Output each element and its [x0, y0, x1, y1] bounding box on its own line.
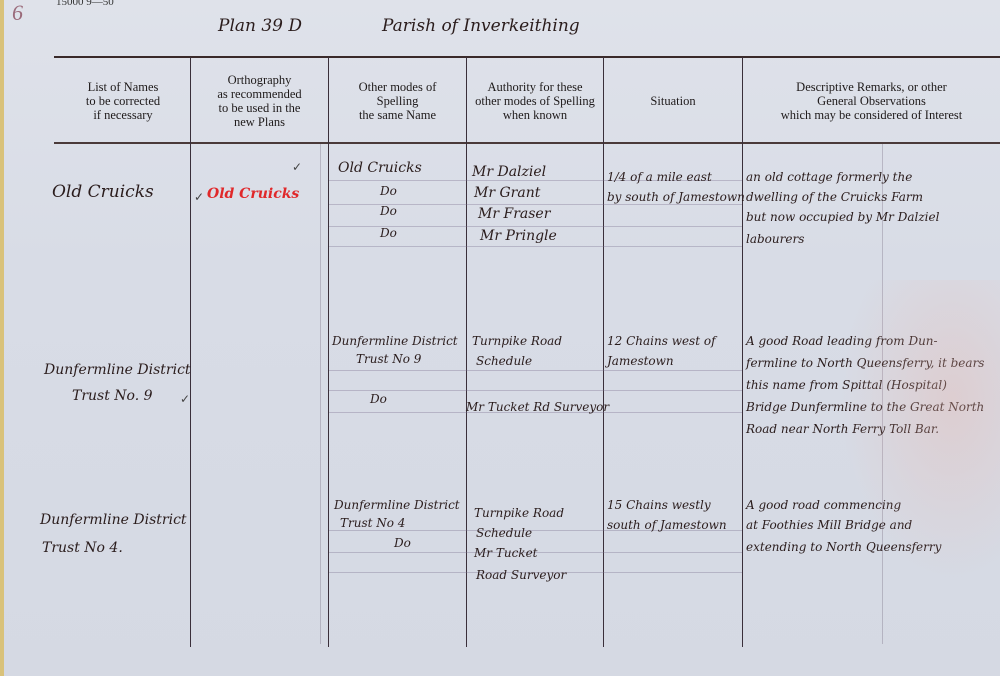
remark-line: labourers	[746, 232, 804, 246]
authority: Mr Fraser	[478, 206, 550, 222]
authority: Mr Pringle	[480, 228, 557, 244]
authority: Mr Tucket	[474, 546, 538, 560]
other-mode: Old Cruicks	[338, 160, 422, 176]
check-mark: ✓	[180, 392, 190, 407]
ruled-line	[329, 390, 742, 391]
check-mark: ✓	[292, 160, 302, 175]
remark-line: A good road commencing	[746, 498, 901, 512]
column-header-authority: Authority for these other modes of Spell…	[467, 62, 603, 140]
entry-name: Trust No 4.	[42, 540, 123, 556]
header-line: to be used in the	[217, 101, 301, 115]
remark-line: Bridge Dunfermline to the Great North	[746, 400, 984, 414]
other-mode: Do	[380, 226, 397, 240]
ruled-line	[329, 246, 742, 247]
column-divider	[328, 57, 329, 647]
remark-line: Road near North Ferry Toll Bar.	[746, 422, 939, 436]
header-line: Authority for these	[475, 80, 595, 94]
authority: Road Surveyor	[476, 568, 566, 582]
header-line: when known	[475, 108, 595, 122]
situation: Jamestown	[607, 354, 674, 368]
other-mode: Do	[380, 204, 397, 218]
check-mark: ✓	[194, 190, 204, 205]
remark-line: at Foothies Mill Bridge and	[746, 518, 912, 532]
parish-label: Parish of Inverkeithing	[382, 16, 580, 36]
column-divider	[742, 57, 743, 647]
header-line: General Observations	[781, 94, 963, 108]
column-header-orthography: Orthography as recommended to be used in…	[191, 62, 328, 140]
header-line: Orthography	[217, 73, 301, 87]
remark-line: A good Road leading from Dun-	[746, 334, 938, 348]
situation: south of Jamestown	[607, 518, 727, 532]
header-line: if necessary	[86, 108, 160, 122]
header-line: other modes of Spelling	[475, 94, 595, 108]
header-line: List of Names	[86, 80, 160, 94]
plan-label: Plan 39 D	[218, 16, 302, 36]
header-line: Situation	[650, 94, 695, 108]
remark-line: dwelling of the Cruicks Farm	[746, 190, 923, 204]
authority: Turnpike Road	[472, 334, 562, 348]
entry-name: Trust No. 9	[72, 388, 153, 404]
authority: Mr Dalziel	[472, 164, 546, 180]
other-mode: Trust No 9	[356, 352, 421, 366]
page-number: 6	[12, 0, 23, 26]
header-line: Descriptive Remarks, or other	[781, 80, 963, 94]
entry-name: Dunfermline District	[40, 512, 187, 528]
authority: Schedule	[476, 354, 532, 368]
column-divider	[603, 57, 604, 647]
remark-line: this name from Spittal (Hospital)	[746, 378, 947, 392]
other-mode: Do	[370, 392, 387, 406]
other-mode: Trust No 4	[340, 516, 405, 530]
remark-line: an old cottage formerly the	[746, 170, 912, 184]
authority: Mr Tucket Rd Surveyor	[466, 400, 609, 414]
column-header-names: List of Names to be corrected if necessa…	[56, 62, 190, 140]
column-header-other-modes: Other modes of Spelling the same Name	[329, 62, 466, 140]
header-line: Spelling	[359, 94, 437, 108]
other-mode: Do	[394, 536, 411, 550]
authority: Schedule	[476, 526, 532, 540]
remark-line: fermline to North Queensferry, it bears	[746, 356, 984, 370]
entry-name: Dunfermline District	[44, 362, 191, 378]
header-line: to be corrected	[86, 94, 160, 108]
header-line: as recommended	[217, 87, 301, 101]
other-mode: Dunfermline District	[332, 334, 458, 348]
margin-line	[320, 144, 321, 644]
header-line: which may be considered of Interest	[781, 108, 963, 122]
column-header-remarks: Descriptive Remarks, or other General Ob…	[743, 62, 1000, 140]
other-mode: Dunfermline District	[334, 498, 460, 512]
header-line: new Plans	[217, 115, 301, 129]
situation: 12 Chains west of	[607, 334, 716, 348]
print-code: 15000 9—50	[56, 0, 114, 8]
column-divider	[466, 57, 467, 647]
column-header-situation: Situation	[604, 62, 742, 140]
other-mode: Do	[380, 184, 397, 198]
entry-name: Old Cruicks	[52, 182, 154, 202]
remark-line: extending to North Queensferry	[746, 540, 941, 554]
header-bottom-rule	[54, 142, 1000, 144]
situation: 1/4 of a mile east	[607, 170, 712, 184]
authority: Turnpike Road	[474, 506, 564, 520]
header-line: Other modes of	[359, 80, 437, 94]
recommended-orthography: Old Cruicks	[207, 186, 299, 202]
column-divider	[190, 57, 191, 647]
ruled-line	[329, 370, 742, 371]
document-page: 6 15000 9—50 Plan 39 D Parish of Inverke…	[0, 0, 1000, 676]
authority: Mr Grant	[474, 185, 540, 201]
situation: 15 Chains westly	[607, 498, 711, 512]
remark-line: but now occupied by Mr Dalziel	[746, 210, 939, 224]
header-top-rule	[54, 56, 1000, 58]
situation: by south of Jamestown	[607, 190, 745, 204]
header-line: the same Name	[359, 108, 437, 122]
